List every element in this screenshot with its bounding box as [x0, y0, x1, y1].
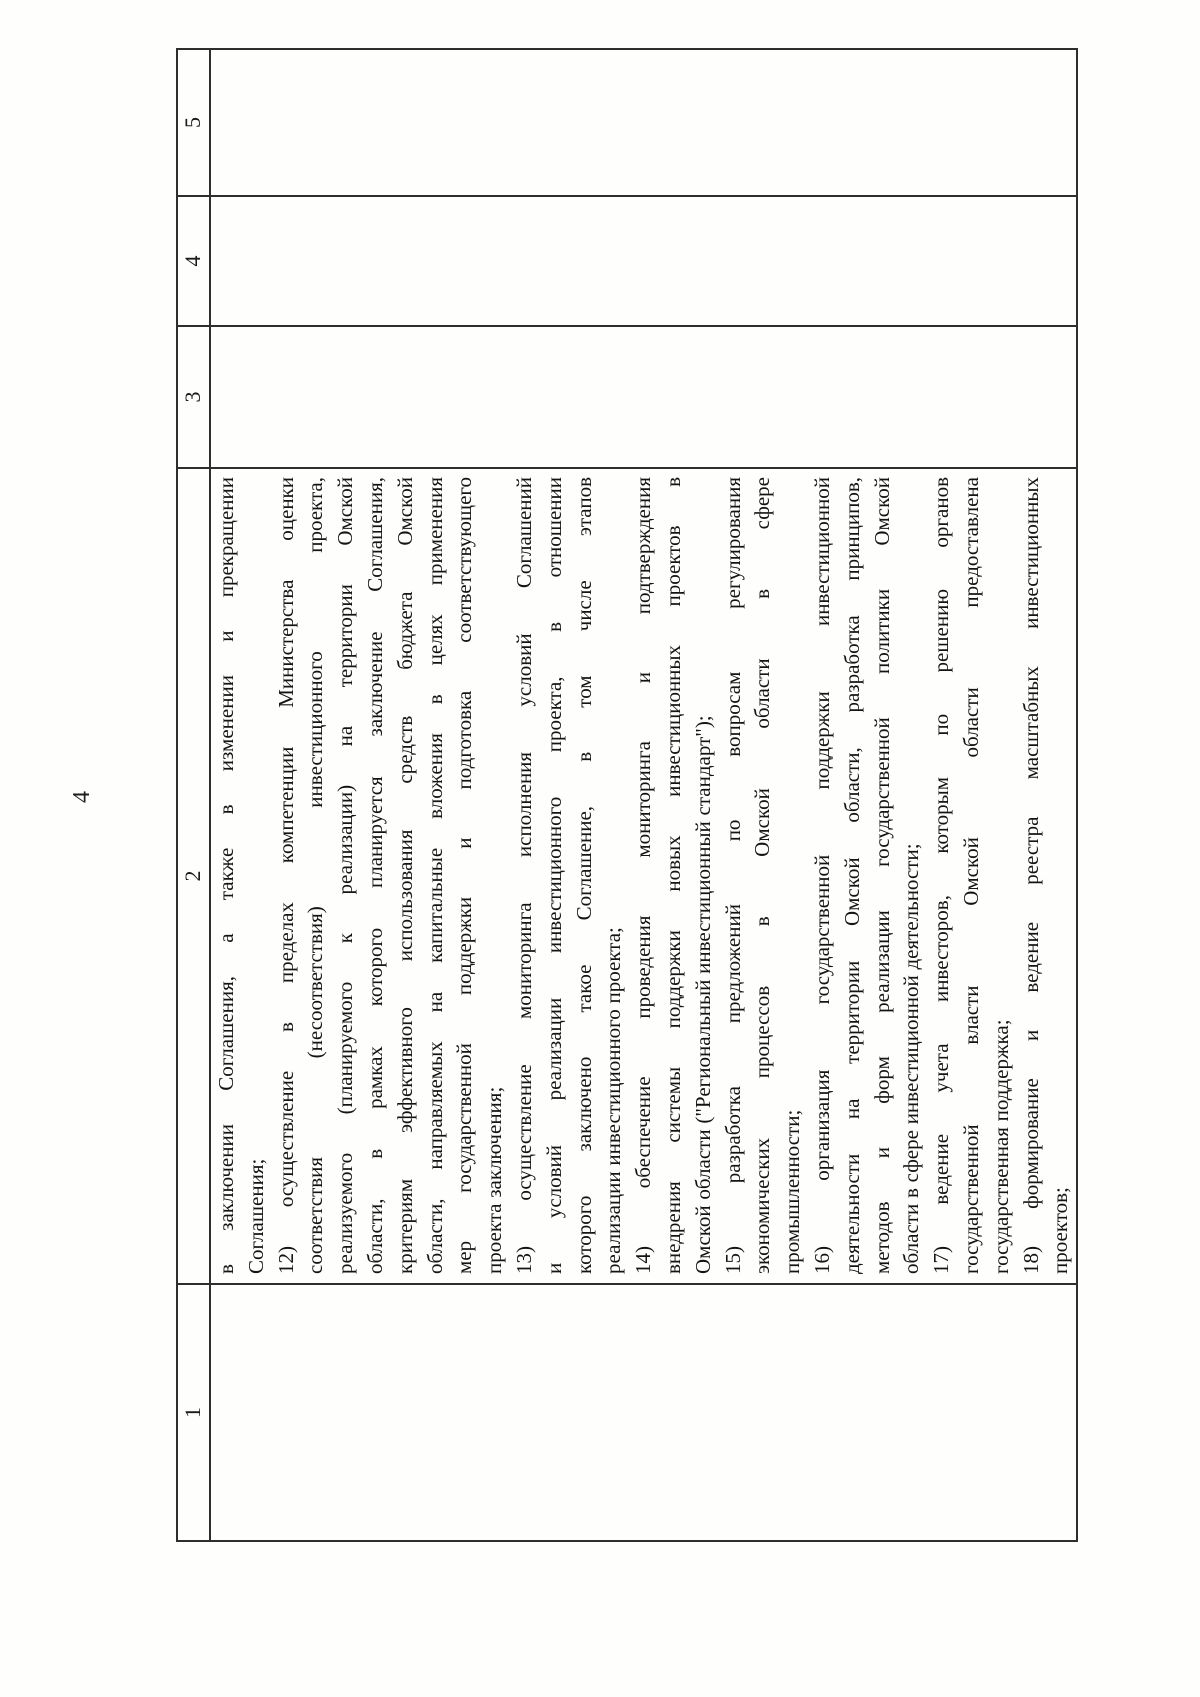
page-number: 4 [70, 791, 94, 803]
text-line: проектов; [1046, 477, 1076, 1274]
justified-text-block: в заключении Соглашения, а также в измен… [211, 469, 1076, 1283]
text-line: внедрения системы поддержки новых инвест… [659, 477, 689, 1274]
text-line: деятельности на территории Омской област… [838, 477, 868, 1274]
cell-functions-text: в заключении Соглашения, а также в измен… [210, 468, 1077, 1284]
column-header-2: 2 [177, 468, 210, 1284]
column-header-4: 4 [177, 196, 210, 326]
text-line: 16) организация государственной поддержк… [808, 477, 838, 1274]
text-line: 12) осуществление в пределах компетенции… [272, 477, 302, 1274]
functions-table: 12345 в заключении Соглашения, а также в… [176, 48, 1078, 1542]
scanned-page: 4 12345 в заключении Соглашения, а также… [0, 0, 1200, 1697]
landscape-sheet: 4 12345 в заключении Соглашения, а также… [0, 0, 1200, 1697]
text-line: Соглашения; [242, 477, 272, 1274]
text-line: 18) формирование и ведение реестра масшт… [1017, 477, 1047, 1274]
column-header-3: 3 [177, 326, 210, 468]
column-header-1: 1 [177, 1284, 210, 1541]
text-line: мер государственной поддержки и подготов… [450, 477, 480, 1274]
text-line: 15) разработка предложений по вопросам р… [719, 477, 749, 1274]
text-line: и условий реализации инвестиционного про… [540, 477, 570, 1274]
table-header-row: 12345 [177, 49, 210, 1541]
cell-empty-col1 [210, 1284, 1077, 1541]
cell-empty-col5 [210, 49, 1077, 196]
text-line: 13) осуществление мониторинга исполнения… [510, 477, 540, 1274]
text-line: которого заключено такое Соглашение, в т… [570, 477, 600, 1274]
cell-empty-col4 [210, 196, 1077, 326]
text-line: государственная поддержка; [987, 477, 1017, 1274]
text-line: критериям эффективного использования сре… [391, 477, 421, 1274]
text-line: промышленности; [778, 477, 808, 1274]
text-line: 17) ведение учета инвесторов, которым по… [927, 477, 957, 1274]
text-line: области, направляемых на капитальные вло… [421, 477, 451, 1274]
text-line: реализуемого (планируемого к реализации)… [331, 477, 361, 1274]
text-line: проекта заключения; [480, 477, 510, 1274]
column-header-5: 5 [177, 49, 210, 196]
text-line: 14) обеспечение проведения мониторинга и… [629, 477, 659, 1274]
text-line: области в сфере инвестиционной деятельно… [897, 477, 927, 1274]
text-line: Омской области ("Региональный инвестицио… [689, 477, 719, 1274]
text-line: в заключении Соглашения, а также в измен… [212, 477, 242, 1274]
text-line: области, в рамках которого планируется з… [361, 477, 391, 1274]
cell-empty-col3 [210, 326, 1077, 468]
text-line: методов и форм реализации государственно… [868, 477, 898, 1274]
text-line: государственной власти Омской области пр… [957, 477, 987, 1274]
text-line: реализации инвестиционного проекта; [599, 477, 629, 1274]
table-body-row: в заключении Соглашения, а также в измен… [210, 49, 1077, 1541]
text-line: экономических процессов в Омской области… [748, 477, 778, 1274]
text-line: соответствия (несоответствия) инвестицио… [301, 477, 331, 1274]
